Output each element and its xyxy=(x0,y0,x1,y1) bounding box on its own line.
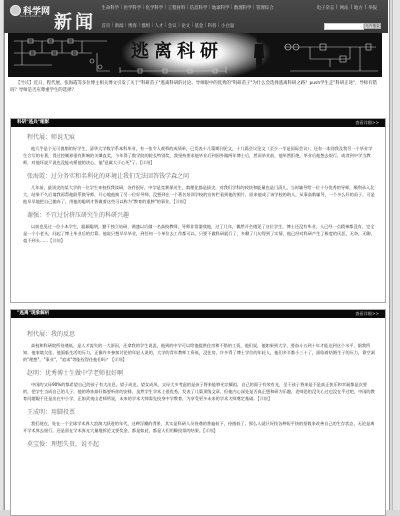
entry-title[interactable]: 张海霞：过分务实和名利化的环境让我们无法回答钱学森之问 xyxy=(27,173,375,181)
view-details-link[interactable]: 查看详细>> xyxy=(355,119,379,127)
nav-item-earth-science[interactable]: 地球科学 xyxy=(210,5,231,11)
article-entry: 程代展：师说无痕 他几乎是个无可挑剔的好学生，清华大学数学系本科毕业，有一张令人… xyxy=(27,134,375,166)
site-search-button[interactable]: 站内搜索 xyxy=(364,23,381,29)
entry-body: 他几乎是个无可挑剔的好学生，清华大学数学系本科毕业，有一张令人羡慕的成绩单，已发… xyxy=(23,145,375,166)
nav-item-information[interactable]: 信息科学 xyxy=(188,5,209,11)
top-links: 电子杂志| 网站| 地方| 举报 xyxy=(316,5,378,11)
section-header: 科研"逃兵"缩影 查看详细>> xyxy=(11,119,385,127)
entry-body: 中国的父母90%的都希望自己的孩子有大出息，望子成龙，望女成凤，父母大多考虑的是… xyxy=(23,381,375,402)
circuit-diagram-right xyxy=(280,37,380,75)
entry-title[interactable]: 赵明：优秀博士生做中学老师很好啊 xyxy=(27,370,375,378)
nav-item-life-science[interactable]: 生命科学 xyxy=(100,5,121,11)
nav-item-blog[interactable]: 博客 xyxy=(127,23,139,29)
detail-link[interactable]: 【详细】 xyxy=(203,428,218,433)
section-title: 科研"逃兵"缩影 xyxy=(17,120,49,125)
nav-item-talent[interactable]: 人才 xyxy=(153,23,165,29)
nav-item-groups[interactable]: 群组 xyxy=(140,23,152,29)
nav-item-management[interactable]: 管理综合 xyxy=(254,5,275,11)
link-e-magazine[interactable]: 电子杂志 xyxy=(316,5,336,11)
nav-item-news[interactable]: 新闻 xyxy=(113,23,125,29)
entry-title[interactable]: 王成明：用脚投票 xyxy=(27,409,375,417)
detail-link[interactable]: 【详细】 xyxy=(258,396,273,401)
section-title: 新闻 xyxy=(54,13,96,33)
nav-item-popular-science[interactable]: 科普 xyxy=(206,23,218,29)
link-website[interactable]: 网站 xyxy=(339,5,350,11)
person-silhouette-icon xyxy=(252,36,266,76)
intro-tag: 【导读】 xyxy=(16,81,34,86)
nav-item-medical-science[interactable]: 医学科学 xyxy=(122,5,143,11)
link-report[interactable]: 举报 xyxy=(367,5,378,11)
article-entry: 王成明：用脚投票 我们现在，处在一个全球学术界大浪淘大跃进的年代，这种浮躁的背景… xyxy=(27,409,375,434)
article-entry: 谢强：不宜过份挤压研究生的科研兴趣 以前也见过一位小本学生，聪颖聪明，勤于独立钻… xyxy=(27,212,375,244)
detail-link[interactable]: 【详细】 xyxy=(173,199,188,204)
nav-item-conference[interactable]: 会议 xyxy=(166,23,178,29)
entry-body: 以前也见过一位小本学生，聪颖聪明，勤于独立钻研，满盛以后做一名高校教师，导师非常… xyxy=(23,223,375,244)
entry-body: 几年前，最顶尖的某大学的一位学生来校找我读研，各件很好，中学是竞赛保送生，数理化… xyxy=(23,184,375,205)
article-entry: 赵明：优秀博士生做中学老师很好啊 中国的父母90%的都希望自己的孩子有大出息，望… xyxy=(27,370,375,402)
circuit-diagram-left xyxy=(12,37,112,73)
entry-title[interactable]: 谢强：不宜过份挤压研究生的科研兴趣 xyxy=(27,212,375,220)
article-entry: 张海霞：过分务实和名利化的环境让我们无法回答钱学森之问 几年前，最顶尖的某大学的… xyxy=(27,173,375,205)
nav-item-engineering[interactable]: 工程材料 xyxy=(166,5,187,11)
article-entry: 程代展：我的反思 高校和科研院所待遇低，是人才流失的一大原因，还拿我的学生说罢，… xyxy=(27,331,375,363)
nav-item-funding[interactable]: 基金 xyxy=(193,23,205,29)
entry-body: 我们现在，处在一个全球学术界大浪淘大跃进的年代，这种浮躁的背景，其实是科研人员待… xyxy=(23,420,375,434)
logo-subtitle: ScienceNet.cn xyxy=(20,14,41,18)
section-escape-analysis: "逃离"现象解析 查看详细>> 程代展：我的反思 高校和科研院所待遇低，是人才流… xyxy=(10,309,386,510)
nav-item-math-physics[interactable]: 数理科学 xyxy=(232,5,253,11)
detail-link[interactable]: 【详细】 xyxy=(48,238,65,243)
topic-banner: 逃离科研 xyxy=(8,33,382,77)
detail-link[interactable]: 【详细】 xyxy=(110,357,127,362)
entry-title[interactable]: 程代展：师说无痕 xyxy=(27,134,375,142)
link-local[interactable]: 地方 xyxy=(353,5,364,11)
editor-intro: 【导读】近日，程代展、张海霞等多位博主相关博文引发了关于"科研苗子"逃离科研的讨… xyxy=(10,80,380,94)
entry-body: 高校和科研院所待遇低，是人才流失的一大原因，还拿我的学生说罢，他到的中学可以给他… xyxy=(23,342,375,363)
article-entry: 莫宝俊：理想失贵，说不起 xyxy=(27,441,375,449)
primary-nav: 生命科学| 医学科学| 化学科学| 工程材料| 信息科学| 地球科学| 数理科学… xyxy=(100,5,275,11)
entry-title[interactable]: 程代展：我的反思 xyxy=(27,331,375,339)
section-header: "逃离"现象解析 查看详细>> xyxy=(11,310,385,318)
section-title: "逃离"现象解析 xyxy=(17,311,49,316)
nav-item-papers[interactable]: 论文 xyxy=(180,23,192,29)
intro-text: 近日，程代展、张海霞等多位博主相关博文引发了关于"科研苗子"逃离科研的讨论。导师… xyxy=(10,81,377,93)
site-search-input[interactable] xyxy=(324,23,364,30)
view-details-link[interactable]: 查看详细>> xyxy=(355,310,379,318)
entry-title[interactable]: 莫宝俊：理想失贵，说不起 xyxy=(27,441,375,449)
section-research-dropouts: 科研"逃兵"缩影 查看详细>> 程代展：师说无痕 他几乎是个无可挑剔的好学生，清… xyxy=(10,118,386,303)
scrollbar[interactable] xyxy=(392,0,400,510)
circuit-diagram-bottom xyxy=(118,65,228,75)
secondary-nav: 首页| 新闻| 博客| 群组| 人才| 会议| 论文| 基金| 科普| 小白鼠 xyxy=(100,23,236,29)
detail-link[interactable]: 【详细】 xyxy=(140,160,155,165)
nav-item-mouse[interactable]: 小白鼠 xyxy=(220,23,236,29)
nav-item-chemistry[interactable]: 化学科学 xyxy=(144,5,165,11)
banner-title: 逃离科研 xyxy=(131,37,223,63)
nav-item-home[interactable]: 首页 xyxy=(100,23,112,29)
